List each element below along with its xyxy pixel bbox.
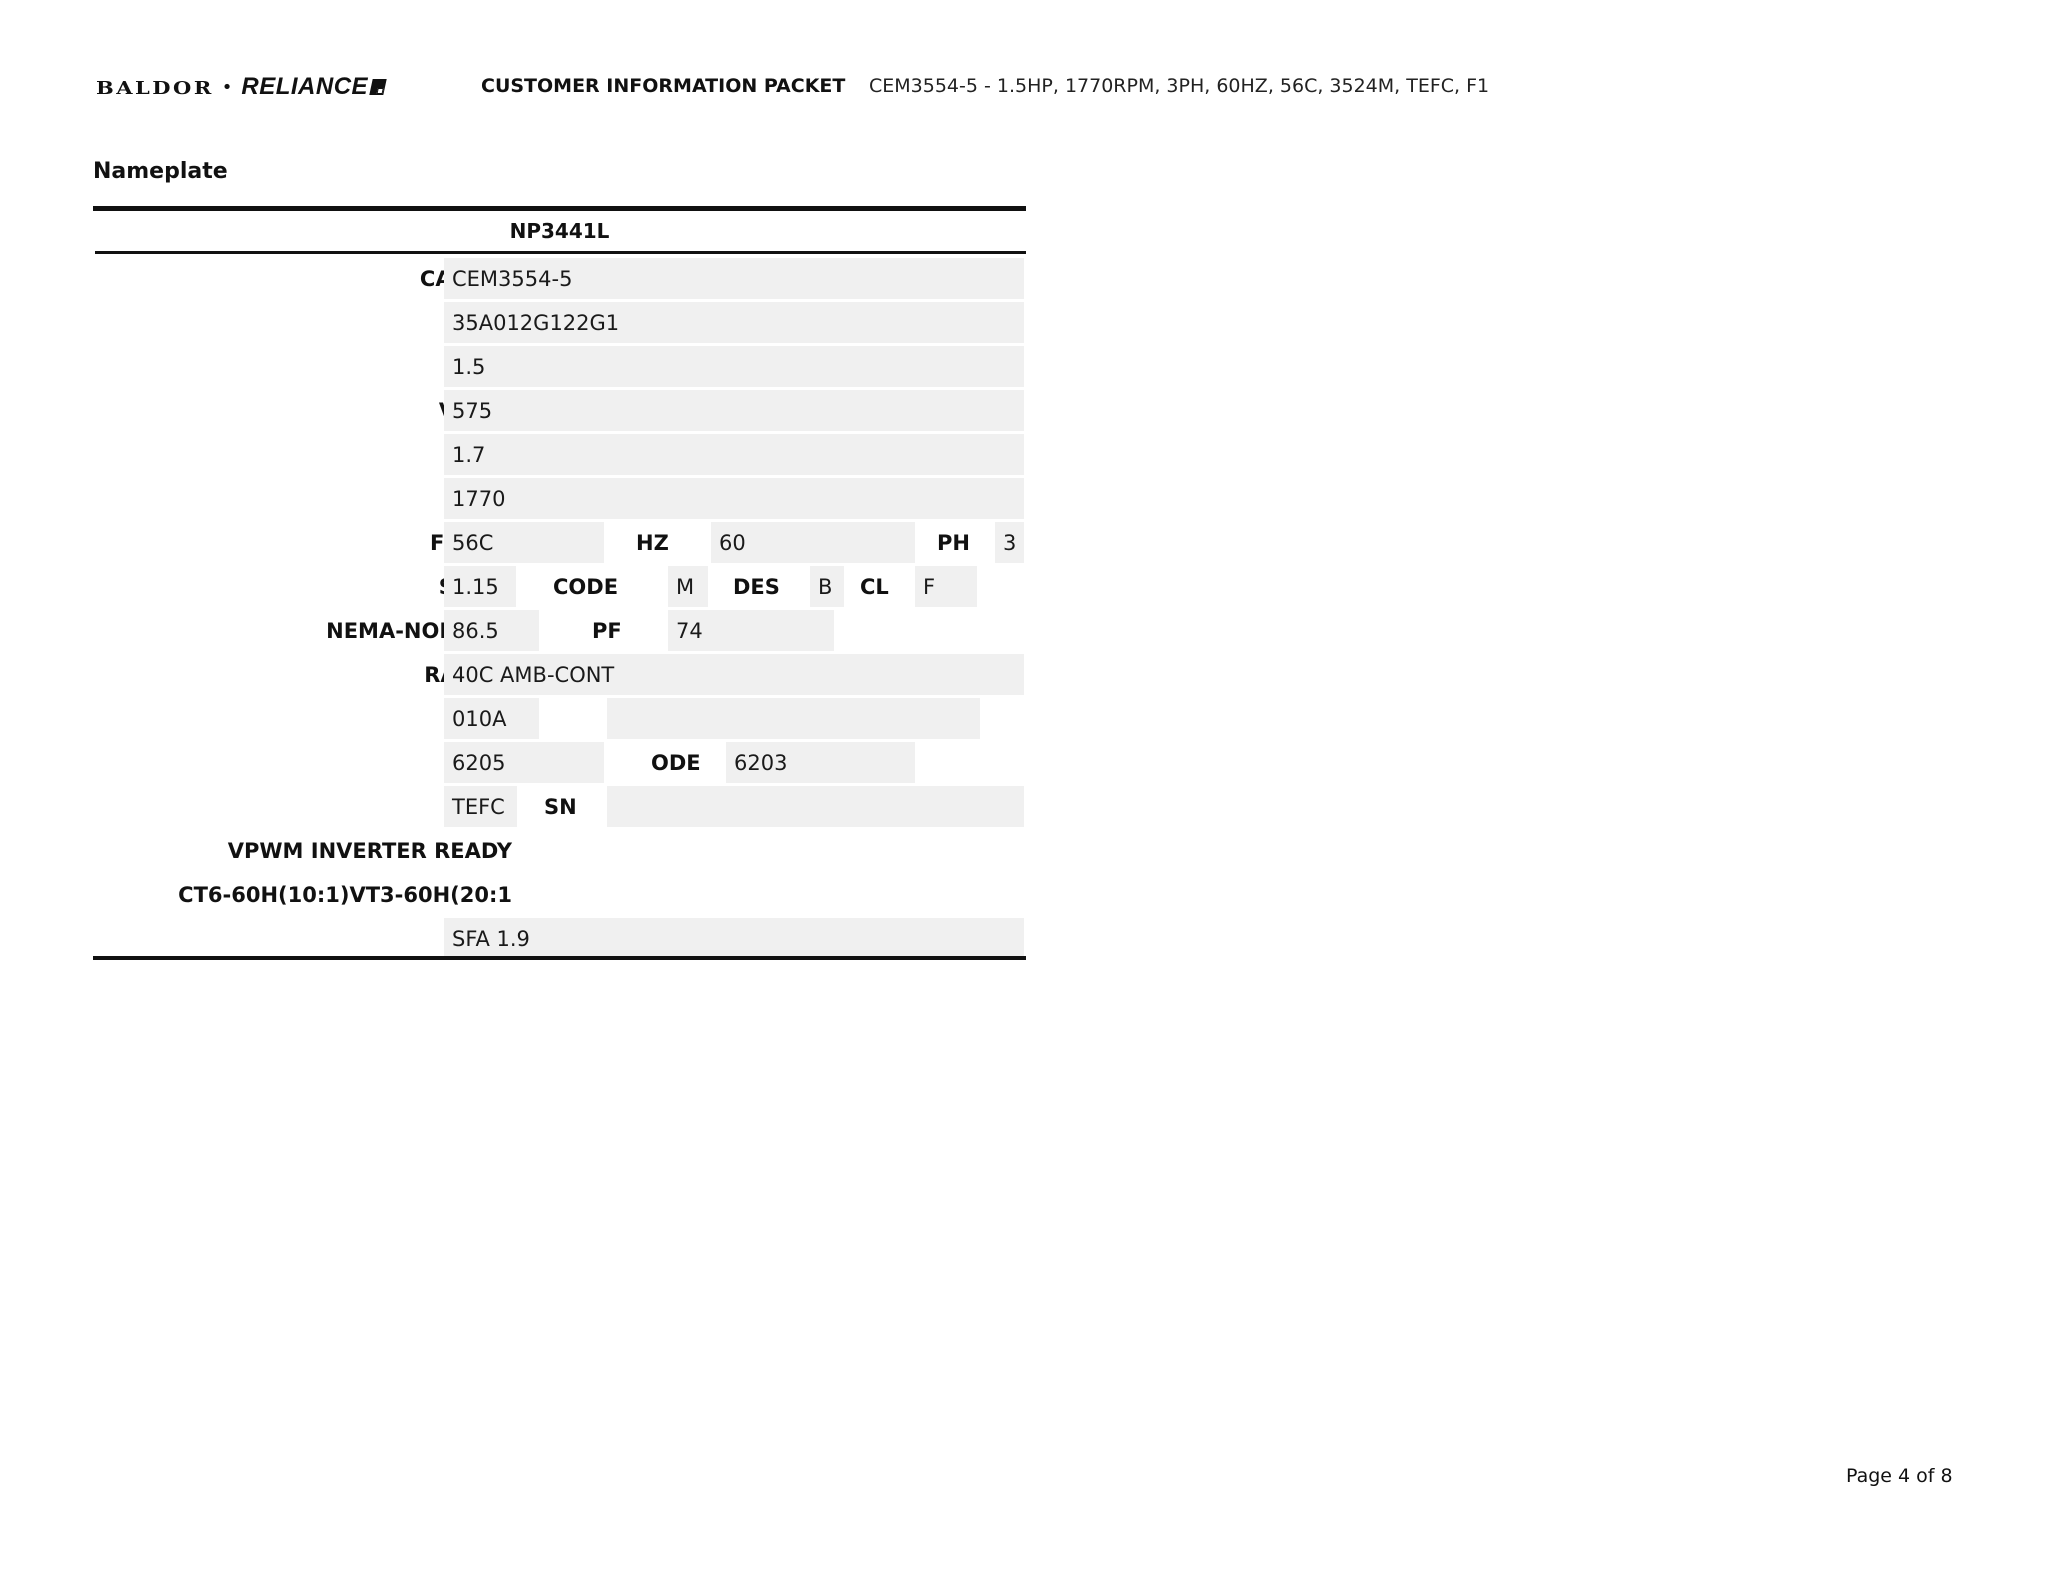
value-ode: 6203 xyxy=(726,742,915,783)
value-cc: 010A xyxy=(444,698,539,739)
page-number: Page 4 of 8 xyxy=(1846,1465,1953,1487)
value-eff: 86.5 xyxy=(444,610,539,651)
row-eff: NEMA-NOM-EFF 86.5 PF 74 xyxy=(93,610,1026,652)
row-spec: SPEC. 35A012G122G1 xyxy=(93,302,1026,344)
value-pf: 74 xyxy=(668,610,834,651)
packet-title: CUSTOMER INFORMATION PACKET xyxy=(481,75,845,97)
value-sfa: SFA 1.9 xyxy=(444,918,1024,959)
label-pf: PF xyxy=(592,610,622,652)
value-ph: 3 xyxy=(995,522,1024,563)
page-header: BALDOR • RELIANCE xyxy=(96,70,385,104)
value-encl: TEFC xyxy=(444,786,517,827)
value-code: M xyxy=(668,566,708,607)
label-cl: CL xyxy=(860,566,889,608)
nameplate-table: NP3441L CAT.NO. CEM3554-5 SPEC. 35A012G1… xyxy=(93,206,1026,959)
row-rating: RATING 40C AMB-CONT xyxy=(93,654,1026,696)
row-ct: CT6-60H(10:1)VT3-60H(20:1 xyxy=(93,874,1026,916)
logo-mark-icon xyxy=(369,79,386,95)
value-rpm: 1770 xyxy=(444,478,1024,519)
label-code: CODE xyxy=(553,566,618,608)
logo-separator: • xyxy=(222,77,234,98)
value-hp: 1.5 xyxy=(444,346,1024,387)
value-frame: 56C xyxy=(444,522,604,563)
label-ode: ODE xyxy=(651,742,701,784)
value-cl: F xyxy=(915,566,977,607)
label-des: DES xyxy=(733,566,780,608)
section-title: Nameplate xyxy=(93,159,228,184)
row-vpwm: VPWM INVERTER READY xyxy=(93,830,1026,872)
logo-baldor-text: BALDOR xyxy=(96,76,214,97)
row-frame: FRAME 56C HZ 60 PH 3 xyxy=(93,522,1026,564)
row-volts: VOLTS 575 xyxy=(93,390,1026,432)
nameplate-id: NP3441L xyxy=(93,211,1026,251)
row-amp: AMP 1.7 xyxy=(93,434,1026,476)
value-volts: 575 xyxy=(444,390,1024,431)
row-de: DE 6205 ODE 6203 xyxy=(93,742,1026,784)
label-ph: PH xyxy=(937,522,970,564)
row-serf: SER.F. 1.15 CODE M DES B CL F xyxy=(93,566,1026,608)
value-hz: 60 xyxy=(711,522,915,563)
label-ct: CT6-60H(10:1)VT3-60H(20:1 xyxy=(178,874,512,916)
row-rpm: RPM 1770 xyxy=(93,478,1026,520)
bottom-rule xyxy=(93,956,1026,960)
value-serf: 1.15 xyxy=(444,566,516,607)
row-encl: ENCL TEFC SN xyxy=(93,786,1026,828)
value-amp: 1.7 xyxy=(444,434,1024,475)
logo-reliance-text: RELIANCE xyxy=(241,73,368,101)
value-de: 6205 xyxy=(444,742,604,783)
value-catno: CEM3554-5 xyxy=(444,258,1024,299)
value-cc-extra xyxy=(607,698,980,739)
value-rating: 40C AMB-CONT xyxy=(444,654,1024,695)
label-vpwm: VPWM INVERTER READY xyxy=(228,830,512,872)
baldor-reliance-logo: BALDOR • RELIANCE xyxy=(96,73,385,101)
product-description: CEM3554-5 - 1.5HP, 1770RPM, 3PH, 60HZ, 5… xyxy=(869,75,1489,97)
label-hz: HZ xyxy=(636,522,669,564)
row-sfa: SFA 1.9 xyxy=(93,918,1026,960)
row-catno: CAT.NO. CEM3554-5 xyxy=(93,258,1026,300)
label-sn: SN xyxy=(544,786,577,828)
value-sn xyxy=(607,786,1024,827)
value-spec: 35A012G122G1 xyxy=(444,302,1024,343)
row-hp: HP 1.5 xyxy=(93,346,1026,388)
nameplate-rows: CAT.NO. CEM3554-5 SPEC. 35A012G122G1 HP … xyxy=(93,254,1026,959)
value-des: B xyxy=(810,566,844,607)
row-cc: CC 010A xyxy=(93,698,1026,740)
